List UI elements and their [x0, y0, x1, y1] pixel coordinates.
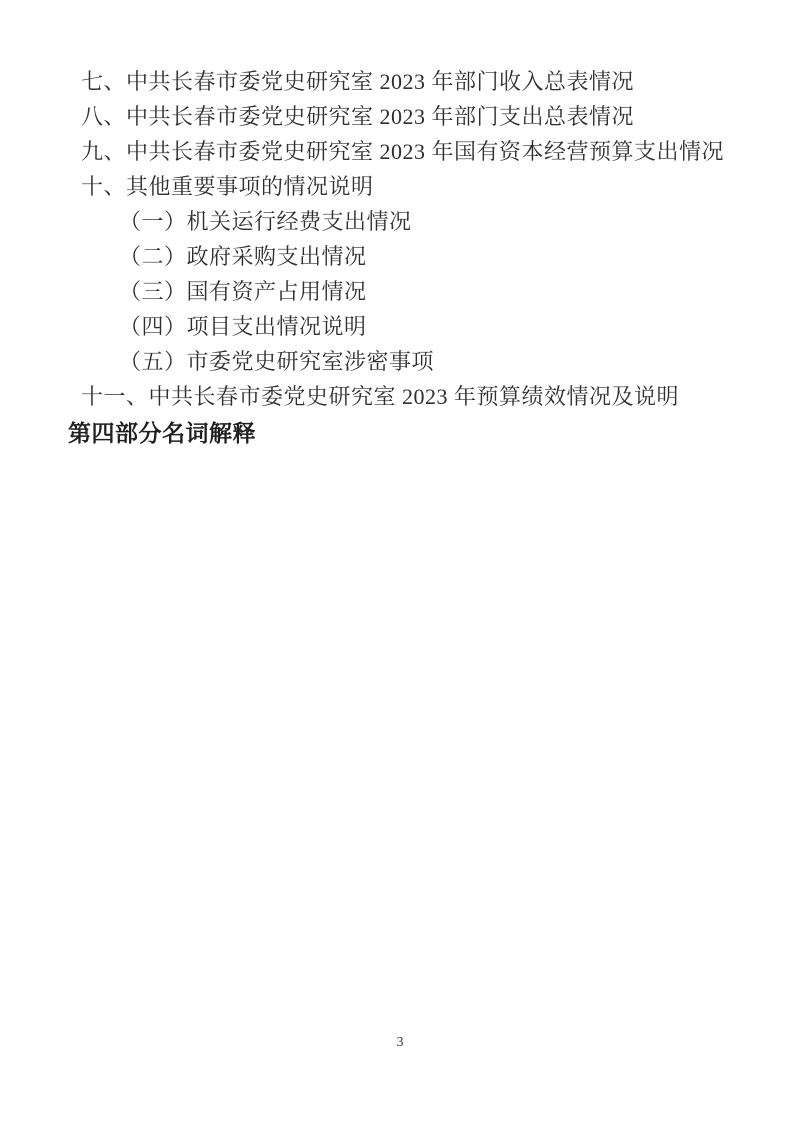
toc-sub-item-1: （一）机关运行经费支出情况 [68, 204, 744, 239]
toc-sub-item-5: （五）市委党史研究室涉密事项 [68, 344, 744, 379]
toc-item-10: 十、其他重要事项的情况说明 [68, 169, 744, 204]
toc-sub-item-4: （四）项目支出情况说明 [68, 309, 744, 344]
toc-sub-item-2: （二）政府采购支出情况 [68, 239, 744, 274]
toc-item-8: 八、中共长春市委党史研究室 2023 年部门支出总表情况 [68, 99, 744, 134]
page-number: 3 [0, 1034, 800, 1052]
document-page: 七、中共长春市委党史研究室 2023 年部门收入总表情况 八、中共长春市委党史研… [0, 0, 800, 1131]
section-heading-part4: 第四部分名词解释 [68, 415, 744, 452]
toc-item-11: 十一、中共长春市委党史研究室 2023 年预算绩效情况及说明 [68, 379, 744, 414]
toc-sub-item-3: （三）国有资产占用情况 [68, 274, 744, 309]
toc-item-7: 七、中共长春市委党史研究室 2023 年部门收入总表情况 [68, 64, 744, 99]
toc-item-9: 九、中共长春市委党史研究室 2023 年国有资本经营预算支出情况 [68, 134, 744, 169]
table-of-contents: 七、中共长春市委党史研究室 2023 年部门收入总表情况 八、中共长春市委党史研… [68, 64, 744, 452]
